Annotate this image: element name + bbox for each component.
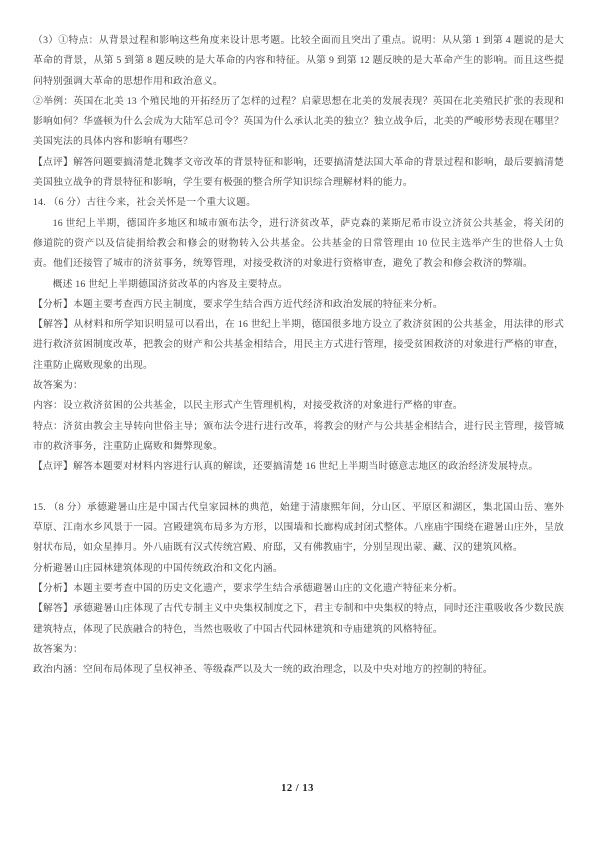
para-q13-comment: 【点评】解答问题要搞清楚北魏孝文帝改革的背景特征和影响，还要搞清楚法国大革命的背…: [33, 153, 564, 194]
para-q15-solution: 【解答】承德避暑山庄体现了古代专制主义中央集权制度之下，君主专制和中央集权的特点…: [33, 599, 564, 640]
para-q14-solution: 【解答】从材料和所学知识明显可以看出，在 16 世纪上半期，德国很多地方设立了救…: [33, 315, 564, 376]
document-content: （3）①特点：从背景过程和影响这些角度来设计思考题。比较全面而且突出了重点。说明…: [33, 31, 564, 681]
para-q13-example-questions: ②举例：英国在北美 13 个殖民地的开拓经历了怎样的过程？启蒙思想在北美的发展表…: [33, 92, 564, 153]
para-q15-analysis: 【分析】本题主要考查中国的历史文化遗产，要求学生结合承德避暑山庄的文化遗产特征来…: [33, 579, 564, 599]
para-q14-question: 概述 16 世纪上半期德国济贫改革的内容及主要特点。: [33, 275, 564, 295]
para-q14-answer-features: 特点：济贫由教会主导转向世俗主导；颁布法令进行进行改革，将教会的财产与公共基金相…: [33, 417, 564, 458]
document-page: （3）①特点：从背景过程和影响这些角度来设计思考题。比较全面而且突出了重点。说明…: [0, 0, 595, 841]
para-q15-answer-content: 政治内涵：空间布局体现了皇权神圣、等级森严以及大一统的政治理念，以及中央对地方的…: [33, 660, 564, 680]
page-number: 12 / 13: [0, 783, 595, 794]
para-q15-answer-label: 故答案为：: [33, 640, 564, 660]
para-q14-comment: 【点评】解答本题要对材料内容进行认真的解读，还要搞清楚 16 世纪上半期当时德意…: [33, 457, 564, 477]
para-q14-analysis: 【分析】本题主要考查西方民主制度，要求学生结合西方近代经济和政治发展的特征来分析…: [33, 295, 564, 315]
para-q14-intro: 14. （6 分）古往今来，社会关怀是一个重大议题。: [33, 193, 564, 213]
para-q13-part3-features-answer: （3）①特点：从背景过程和影响这些角度来设计思考题。比较全面而且突出了重点。说明…: [33, 31, 564, 92]
para-q14-material: 16 世纪上半期，德国许多地区和城市颁布法令，进行济贫改革，萨克森的莱斯尼希市设…: [33, 214, 564, 275]
para-q15-question: 分析避暑山庄园林建筑体现的中国传统政治和文化内涵。: [33, 559, 564, 579]
para-q15-intro: 15. （8 分）承德避暑山庄是中国古代皇家园林的典范，始建于清康熙年间，分山区…: [33, 498, 564, 559]
para-q14-answer-label: 故答案为：: [33, 376, 564, 396]
para-q14-answer-content: 内容：设立救济贫困的公共基金，以民主形式产生管理机构，对接受救济的对象进行严格的…: [33, 396, 564, 416]
